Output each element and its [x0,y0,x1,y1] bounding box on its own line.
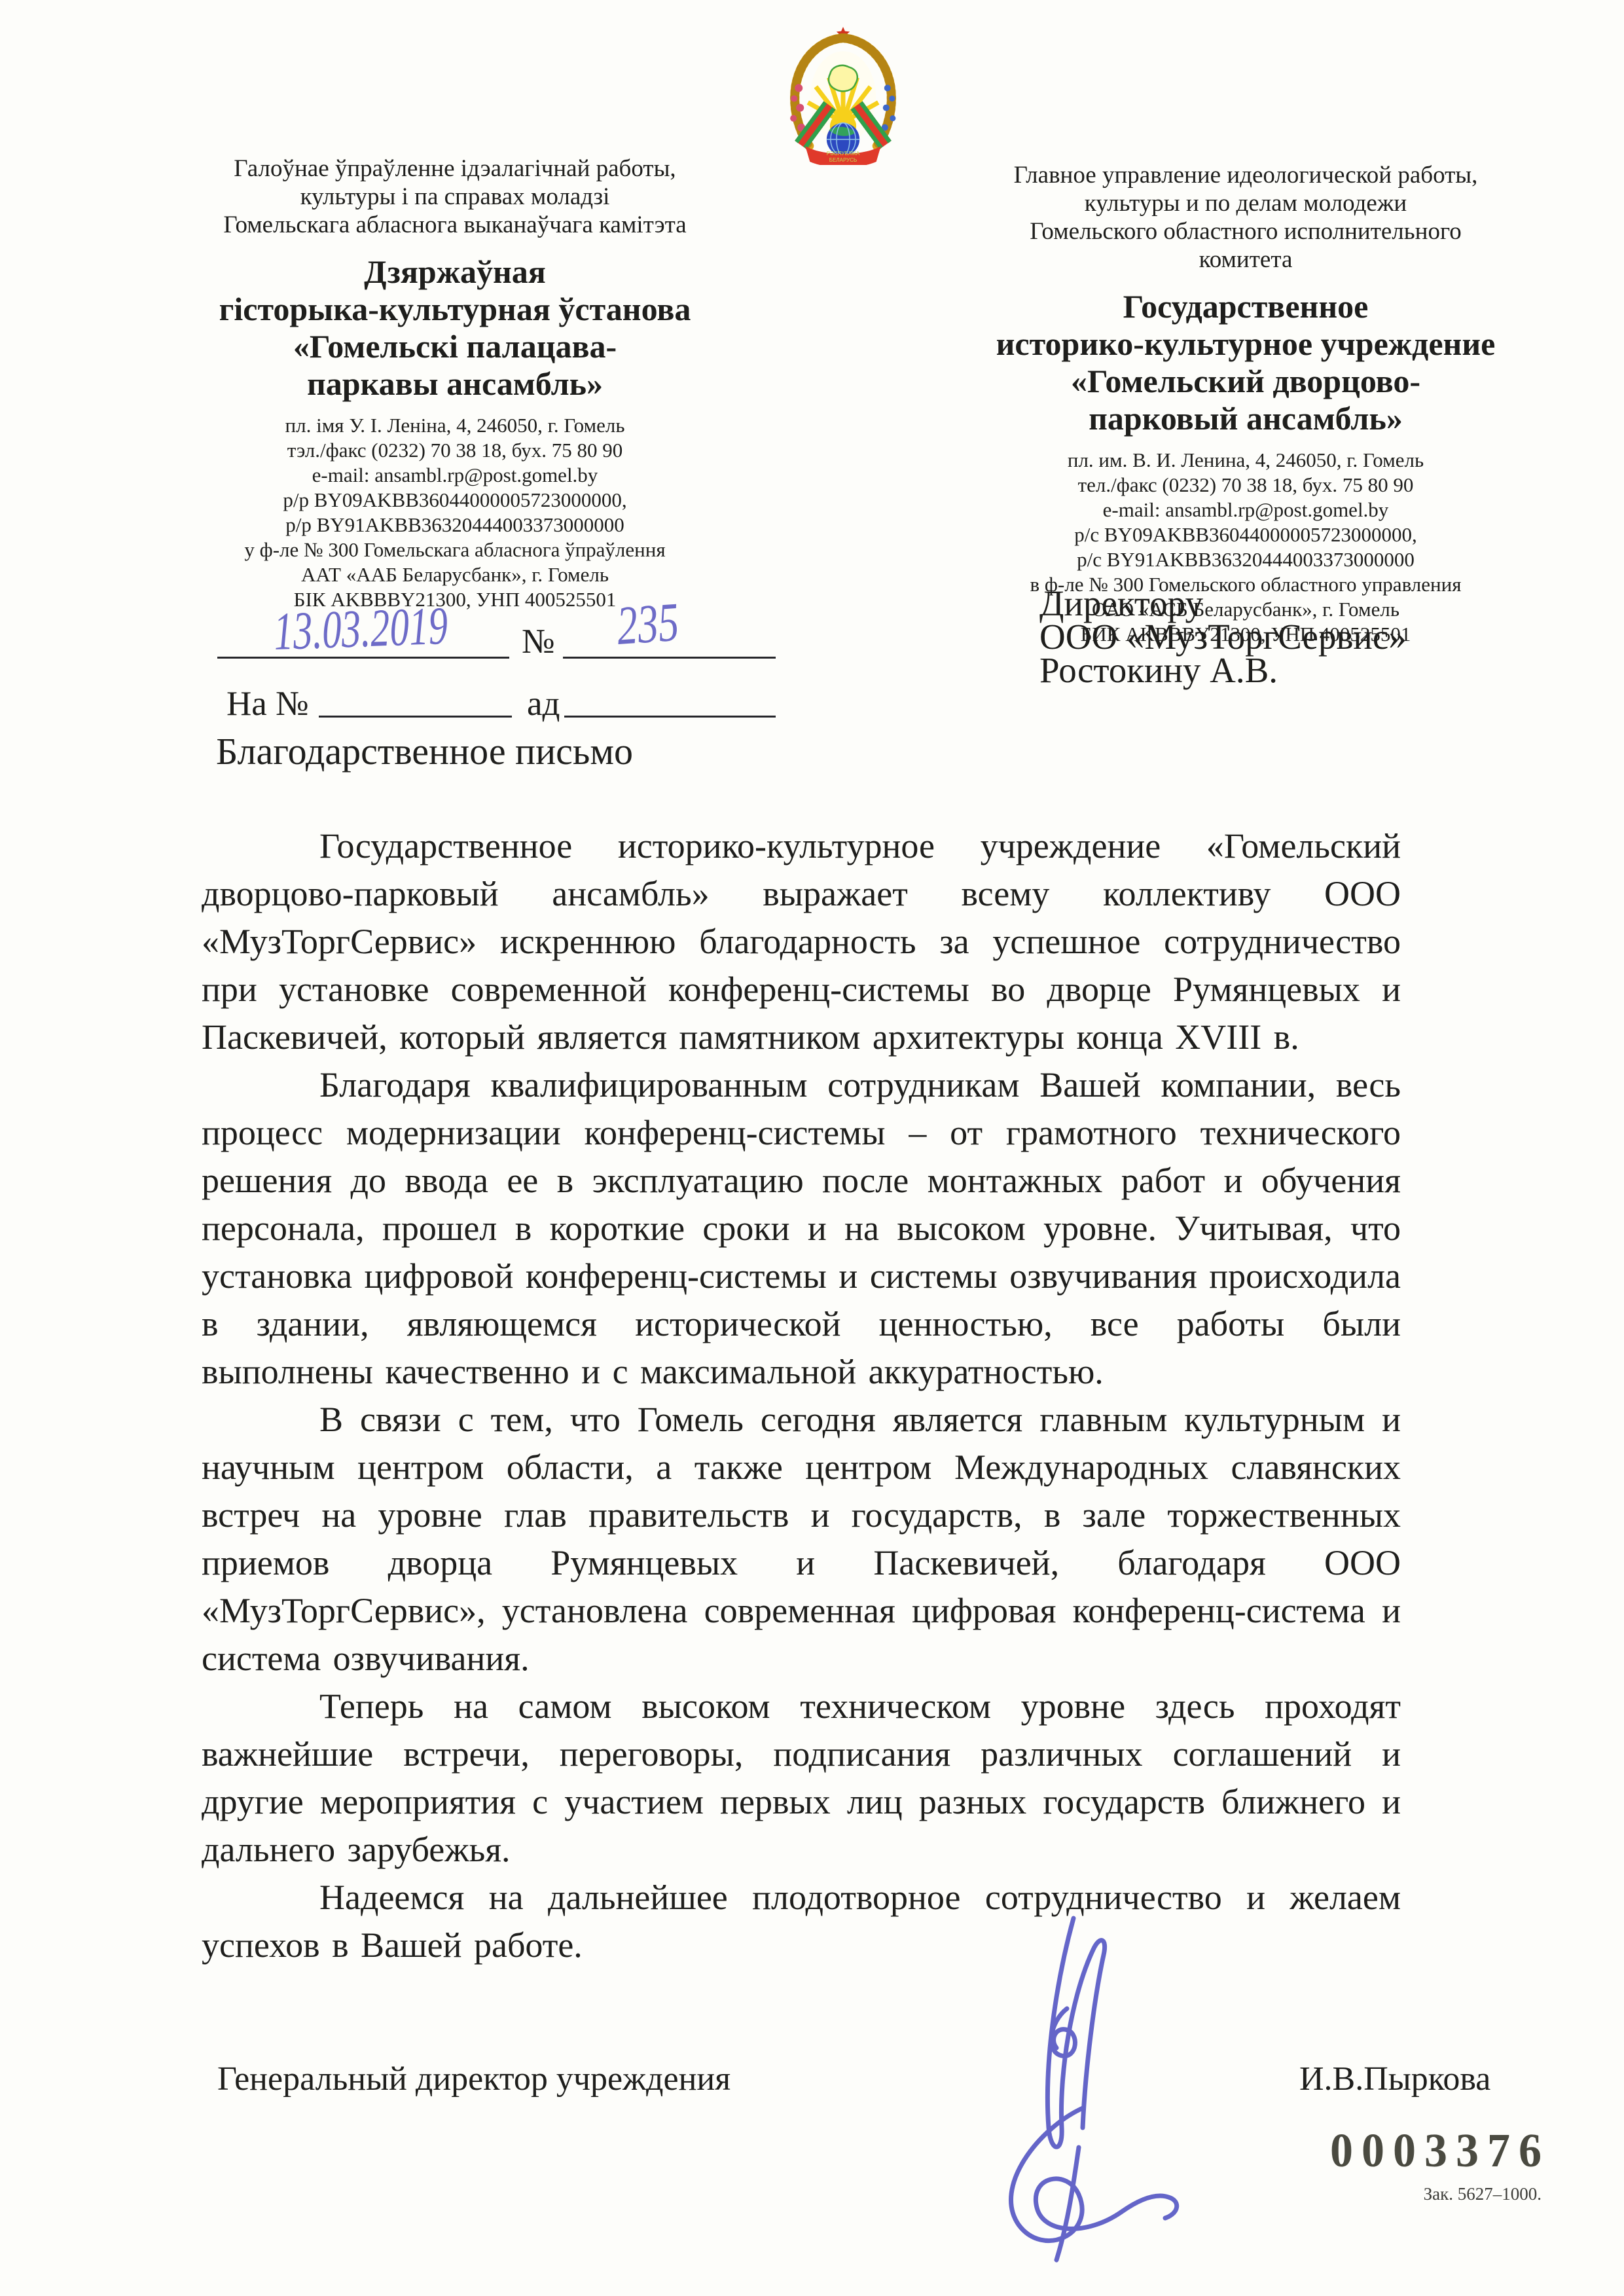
signer-name: И.В.Пыркова [1299,2060,1490,2098]
body-paragraph: Благодаря квалифицированным сотрудникам … [202,1061,1401,1396]
detail-line: р/с BY91AKBB36320444003373000000 [981,547,1511,572]
reply-from-label: ад [527,686,560,721]
detail-line: ААТ «ААБ Беларусбанк», г. Гомель [190,562,720,587]
banner-text-line2: БЕЛАРУСЬ [829,157,857,163]
authority-line: культуры і па справах моладзі [190,183,720,211]
number-sign-label: № [522,624,555,659]
detail-line: р/р BY91AKBB36320444003373000000 [190,513,720,538]
letterhead-right-authority: Главное управление идеологической работы… [981,161,1511,274]
orgname-line: «Гомельский дворцово- [981,363,1511,400]
reply-number-blank-line [319,696,512,718]
orgname-line: Государственное [981,288,1511,325]
authority-line: Гомельскага абласнога выканаўчага камітэ… [190,211,720,239]
belarus-map-icon [829,65,857,91]
orgname-line: паркавы ансамбль» [190,365,720,403]
letter-body: Государственное историко-культурное учре… [202,822,1401,1969]
orgname-line: Дзяржаўная [190,253,720,291]
addressee-block: Директору ООО «МузТоргСервис» Ростокину … [1039,587,1407,687]
body-paragraph: В связи с тем, что Гомель сегодня являет… [202,1396,1401,1683]
body-paragraph: Надеемся на дальнейшее плодотворное сотр… [202,1874,1401,1969]
addressee-person: Ростокину А.В. [1039,653,1407,687]
addressee-company: ООО «МузТоргСервис» [1039,620,1407,653]
detail-line: тэл./факс (0232) 70 38 18, бух. 75 80 90 [190,438,720,463]
letterhead-left-orgname: Дзяржаўная гісторыка-культурная ўстанова… [190,253,720,403]
body-paragraph: Государственное историко-культурное учре… [202,822,1401,1061]
orgname-line: гісторыка-культурная ўстанова [190,291,720,328]
letterhead-right-orgname: Государственное историко-культурное учре… [981,288,1511,437]
banner-text-line1: РЭСПУБЛІКА [827,151,860,156]
detail-line: р/с BY09AKBB36044000005723000000, [981,522,1511,547]
reply-date-blank-line [564,696,776,718]
scanned-letter-page: РЭСПУБЛІКА БЕЛАРУСЬ Галоўнае ўпраўленне … [0,0,1624,2296]
letterhead-left-details: пл. імя У. І. Леніна, 4, 246050, г. Гоме… [190,413,720,612]
signer-position: Генеральный директор учреждения [217,2060,731,2098]
handwritten-signature [922,1912,1190,2265]
authority-line: Галоўнае ўпраўленне ідэалагічнай работы, [190,155,720,183]
orgname-line: историко-культурное учреждение [981,325,1511,363]
belarus-emblem: РЭСПУБЛІКА БЕЛАРУСЬ [785,24,901,165]
detail-line: пл. им. В. И. Ленина, 4, 246050, г. Гоме… [981,448,1511,473]
orgname-line: «Гомельскі палацава- [190,328,720,365]
orgname-line: парковый ансамбль» [981,400,1511,437]
detail-line: р/р BY09AKBB36044000005723000000, [190,488,720,513]
authority-line: культуры и по делам молодежи [981,189,1511,217]
detail-line: e-mail: ansambl.rp@post.gomel.by [190,463,720,488]
letterhead-right: Главное управление идеологической работы… [981,161,1511,647]
letterhead-left: Галоўнае ўпраўленне ідэалагічнай работы,… [190,155,720,612]
detail-line: у ф-ле № 300 Гомельскага абласнога ўпраў… [190,538,720,562]
body-paragraph: Теперь на самом высоком техническом уров… [202,1683,1401,1874]
detail-line: e-mail: ansambl.rp@post.gomel.by [981,498,1511,522]
authority-line: Гомельского областного исполнительного к… [981,217,1511,274]
detail-line: тел./факс (0232) 70 38 18, бух. 75 80 90 [981,473,1511,498]
letterhead-left-authority: Галоўнае ўпраўленне ідэалагічнай работы,… [190,155,720,239]
addressee-position: Директору [1039,587,1407,620]
document-title: Благодарственное письмо [216,731,633,773]
date-blank-line [217,637,509,659]
print-order-note: Зак. 5627–1000. [1326,2184,1542,2204]
reply-to-label: На № [226,686,309,721]
number-blank-line [563,637,776,659]
authority-line: Главное управление идеологической работы… [981,161,1511,189]
form-serial-number: 0003376 [1330,2124,1546,2179]
detail-line: пл. імя У. І. Леніна, 4, 246050, г. Гоме… [190,413,720,438]
